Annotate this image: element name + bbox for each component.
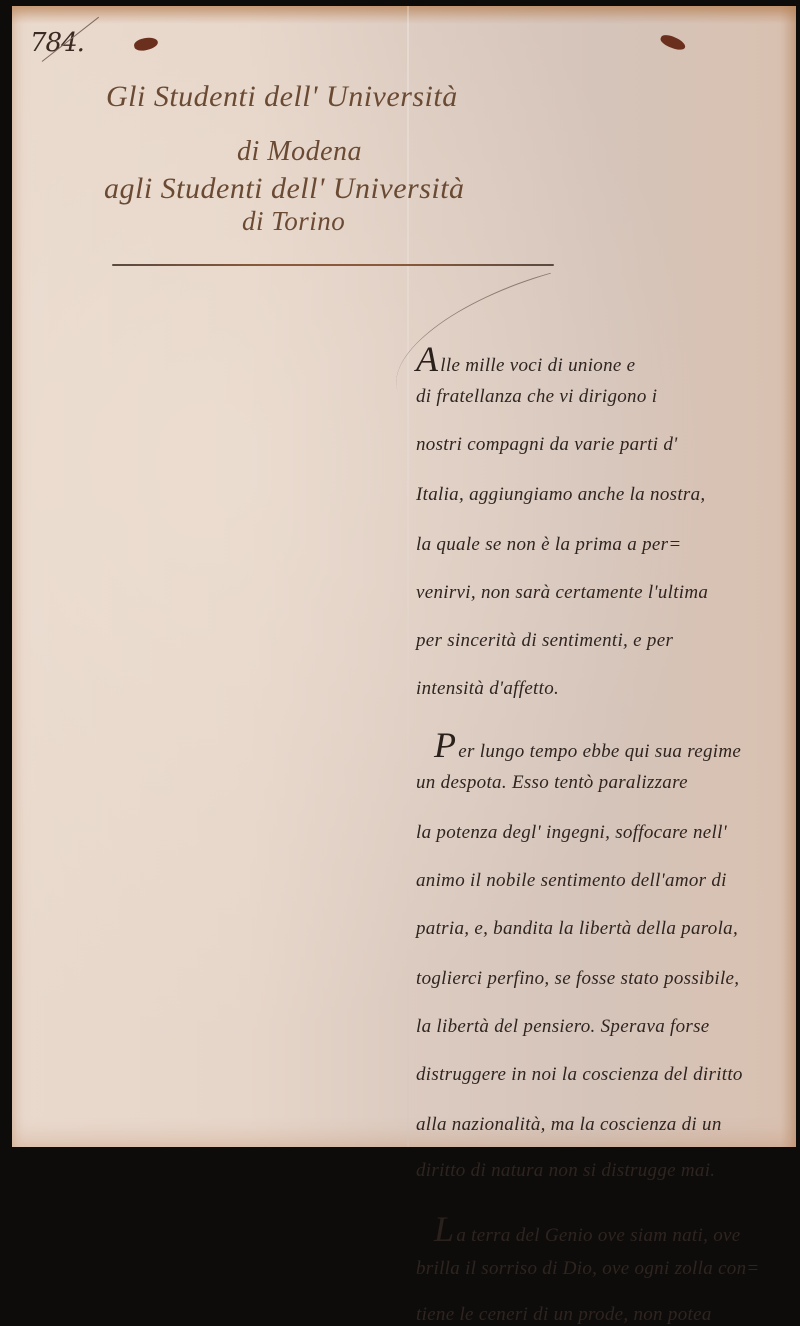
body-line: distruggere in noi la coscienza del diri… [416, 1064, 743, 1086]
heading-line-2: di Modena [237, 136, 362, 168]
body-line: la potenza degl' ingegni, soffocare nell… [416, 822, 727, 844]
body-line: animo il nobile sentimento dell'amor di [416, 870, 727, 892]
body-line: Alle mille voci di unione e [416, 338, 635, 380]
heading-line-1: Gli Studenti dell' Università [106, 80, 458, 114]
body-line: per sincerità di sentimenti, e per [416, 630, 673, 652]
body-line: Italia, aggiungiamo anche la nostra, [416, 484, 705, 506]
body-line: alla nazionalità, ma la coscienza di un [416, 1114, 722, 1136]
body-line-text: er lungo tempo ebbe qui sua regime [458, 741, 741, 762]
body-line-text: venirvi, non sarà certamente l'ultima [416, 582, 708, 603]
body-line-text: Italia, aggiungiamo anche la nostra, [416, 484, 705, 505]
body-line-text: un despota. Esso tentò paralizzare [416, 772, 688, 793]
drop-cap: A [416, 339, 438, 379]
archive-number: 784. [30, 28, 84, 58]
body-line: nostri compagni da varie parti d' [416, 434, 677, 456]
manuscript-page: 784. Gli Studenti dell' Università di Mo… [12, 6, 796, 1147]
body-line: toglierci perfino, se fosse stato possib… [416, 968, 739, 990]
body-line: venirvi, non sarà certamente l'ultima [416, 582, 708, 604]
body-line-text: la libertà del pensiero. Sperava forse [416, 1016, 710, 1037]
body-line: patria, e, bandita la libertà della paro… [416, 918, 738, 940]
body-line-text: animo il nobile sentimento dell'amor di [416, 870, 727, 891]
heading-divider-rule [112, 264, 554, 266]
ink-blot-right [659, 33, 687, 53]
top-edge-stain [12, 6, 796, 24]
body-line: intensità d'affetto. [416, 678, 559, 700]
body-line: la quale se non è la prima a per= [416, 534, 681, 556]
body-line-text: distruggere in noi la coscienza del diri… [416, 1064, 743, 1085]
body-line-text: di fratellanza che vi dirigono i [416, 386, 657, 407]
body-line: un despota. Esso tentò paralizzare [416, 772, 688, 794]
body-line: di fratellanza che vi dirigono i [416, 386, 657, 408]
heading-line-4: di Torino [242, 206, 345, 237]
drop-cap: P [434, 725, 456, 765]
body-line-text: patria, e, bandita la libertà della paro… [416, 918, 738, 939]
body-line: Per lungo tempo ebbe qui sua regime [434, 724, 741, 766]
body-line-text: la quale se non è la prima a per= [416, 534, 681, 555]
body-line-text: alla nazionalità, ma la coscienza di un [416, 1114, 722, 1135]
body-line-text: lle mille voci di unione e [440, 355, 635, 376]
body-line-text: la potenza degl' ingegni, soffocare nell… [416, 822, 727, 843]
body-line-text: nostri compagni da varie parti d' [416, 434, 677, 455]
body-line-text: intensità d'affetto. [416, 678, 559, 699]
heading-line-3: agli Studenti dell' Università [104, 172, 465, 206]
body-line: la libertà del pensiero. Sperava forse [416, 1016, 710, 1038]
body-line-text: toglierci perfino, se fosse stato possib… [416, 968, 739, 989]
ink-blot-left [133, 36, 159, 53]
body-line-text: per sincerità di sentimenti, e per [416, 630, 673, 651]
